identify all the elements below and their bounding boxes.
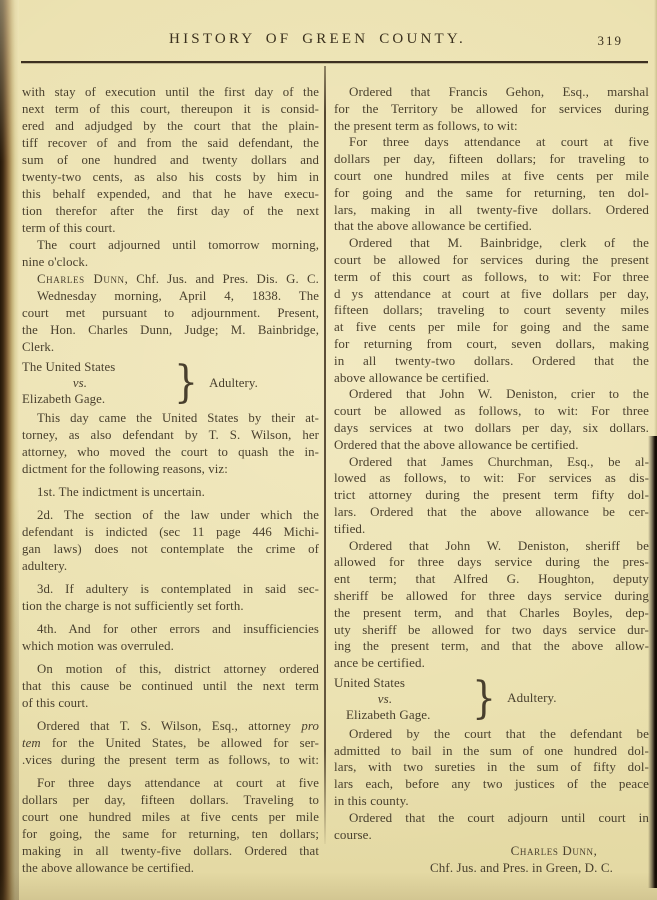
text-line: lowed as follows, to wit: For services a… — [334, 470, 649, 487]
case-caption: The United Statesvs.Elizabeth Gage.}Adul… — [22, 359, 319, 407]
text-line: the Hon. Charles Dunn, Judge; M. Bainbri… — [22, 322, 319, 339]
text-line: sum of one hundred and twenty dollars an… — [22, 152, 319, 169]
text-line: for going and the same for returning, te… — [334, 185, 649, 202]
text-line: making in all twenty-five dollars. Order… — [22, 843, 319, 860]
paragraph: This day came the United States by their… — [22, 410, 319, 478]
text-line: uty sheriff be allowed for two days serv… — [334, 622, 649, 639]
text-line: trict attorney during the present term f… — [334, 487, 649, 504]
paragraph: Charles Dunn, Chf. Jus. and Pres. Dis. G… — [22, 271, 319, 288]
text-line: days services at two dollars per day, si… — [334, 420, 649, 437]
text-line: Ordered that Francis Gehon, Esq., marsha… — [334, 84, 649, 101]
paragraph: Ordered that John W. Deniston, sheriff b… — [334, 538, 649, 672]
text-line: On motion of this, district attorney ord… — [22, 661, 319, 678]
text-line: above allowance be certified. — [334, 370, 649, 387]
text-line: lars each, before any two justices of th… — [334, 776, 649, 793]
text-line: allowed for three days service during th… — [334, 554, 649, 571]
text-line: the present term as follows, to wit: — [334, 118, 649, 135]
text-line: attorney, who moved the court to quash t… — [22, 444, 319, 461]
text-line: with stay of execution until the first d… — [22, 84, 319, 101]
caption-brace-icon: } — [472, 675, 496, 723]
text-line: sheriff be allowed for three days servic… — [334, 588, 649, 605]
text-line: ing the present term, and that the above… — [334, 638, 649, 655]
text-line: d ys attendance at court at five dollars… — [334, 286, 649, 303]
paragraph: 3d. If adultery is contemplated in said … — [22, 581, 319, 615]
text-line: dictment for the following reasons, viz: — [22, 461, 319, 478]
paragraph: Ordered that John W. Deniston, crier to … — [334, 386, 649, 453]
paragraph: Ordered that Francis Gehon, Esq., marsha… — [334, 84, 649, 134]
header-rule — [21, 61, 648, 63]
text-line: Wednesday morning, April 4, 1838. The — [22, 288, 319, 305]
caption-vs: vs. — [334, 691, 470, 707]
text-line: the present term, and that Charles Boyle… — [334, 605, 649, 622]
text-line: tem for the United States, be allowed fo… — [22, 735, 319, 752]
paragraph: Wednesday morning, April 4, 1838. Thecou… — [22, 288, 319, 356]
text-line: ered and adjudged by the court that the … — [22, 118, 319, 135]
book-page: HISTORY OF GREEN COUNTY. 319 with stay o… — [0, 0, 657, 900]
text-line: Ordered that the court adjourn until cou… — [334, 810, 649, 827]
page-title: HISTORY OF GREEN COUNTY. — [6, 31, 629, 48]
text-line: dollars per day, fifteen dollars. Travel… — [22, 792, 319, 809]
text-line: that the above allowance be certified. — [334, 218, 649, 235]
signature-line: Charles Dunn, — [334, 843, 649, 860]
text-line: adultery. — [22, 558, 319, 575]
text-line: course. — [334, 827, 649, 844]
paragraph: Ordered that the court adjourn until cou… — [334, 810, 649, 844]
caption-parties: United Statesvs.Elizabeth Gage. — [334, 675, 470, 723]
caption-parties: The United Statesvs.Elizabeth Gage. — [22, 359, 172, 407]
text-line: court one hundred miles at five cents pe… — [22, 809, 319, 826]
text-line: dollars per day, fifteen dollars; for tr… — [334, 151, 649, 168]
text-line: defendant is indicted (sec 11 page 446 M… — [22, 524, 319, 541]
paragraph: On motion of this, district attorney ord… — [22, 661, 319, 712]
text-line: fifteen dollars; traveling to court seve… — [334, 302, 649, 319]
text-line: of this court. — [22, 695, 319, 712]
text-line: Ordered that John W. Deniston, sheriff b… — [334, 538, 649, 555]
text-line: that this cause be continued until the n… — [22, 678, 319, 695]
text-line: at five cents per mile for going and the… — [334, 319, 649, 336]
text-line: this behalf expended, and that he have e… — [22, 186, 319, 203]
paragraph: 1st. The indictment is uncertain. — [22, 484, 319, 501]
text-line: For three days attendance at court at fi… — [334, 134, 649, 151]
text-line: term of this court. — [22, 220, 319, 237]
text-line: for going, the same for returning, ten d… — [22, 826, 319, 843]
text-line: which motion was overruled. — [22, 638, 319, 655]
text-line: lars, with two sureties in the sum of fi… — [334, 759, 649, 776]
text-line: admitted to bail in the sum of one hundr… — [334, 743, 649, 760]
text-line: Ordered that M. Bainbridge, clerk of the — [334, 235, 649, 252]
text-line: torney, as also defendant by T. S. Wilso… — [22, 427, 319, 444]
text-line: gan laws) does not contemplate the crime… — [22, 541, 319, 558]
paragraph: 4th. And for other errors and insufficie… — [22, 621, 319, 655]
text-line: term of this court as follows, to wit: F… — [334, 269, 649, 286]
caption-vs: vs. — [22, 375, 172, 391]
caption-party: United States — [334, 675, 470, 691]
case-caption: United Statesvs.Elizabeth Gage.}Adultery… — [334, 675, 649, 723]
page-number: 319 — [598, 33, 624, 49]
text-line: ance be certified. — [334, 655, 649, 672]
text-line: 1st. The indictment is uncertain. — [22, 484, 319, 501]
text-line: court one hundred miles at five cents pe… — [334, 168, 649, 185]
text-line: next term of this court, thereupon it is… — [22, 101, 319, 118]
text-line: Ordered that James Churchman, Esq., be a… — [334, 454, 649, 471]
text-line: for returning from court, seven dollars,… — [334, 336, 649, 353]
paragraph: Ordered that T. S. Wilson, Esq., attorne… — [22, 718, 319, 769]
caption-charge: Adultery. — [200, 375, 258, 392]
paragraph: Ordered that James Churchman, Esq., be a… — [334, 454, 649, 538]
column-divider — [324, 66, 326, 844]
text-line: Ordered that John W. Deniston, crier to … — [334, 386, 649, 403]
caption-party: The United States — [22, 359, 172, 375]
text-line: Ordered by the court that the defendant … — [334, 726, 649, 743]
text-line: Ordered that the above allowance be cert… — [334, 437, 649, 454]
text-line: The court adjourned until tomorrow morni… — [22, 237, 319, 254]
text-line: court be allowed as follows, to wit: For… — [334, 403, 649, 420]
text-line: lars. Ordered that the above allowance b… — [334, 504, 649, 521]
text-line: Clerk. — [22, 339, 319, 356]
text-line: for the Territory be allowed for service… — [334, 101, 649, 118]
text-line: tiff recover of and from the said defend… — [22, 135, 319, 152]
text-line: court met pursuant to adjournment. Prese… — [22, 305, 319, 322]
text-line: This day came the United States by their… — [22, 410, 319, 427]
caption-party: Elizabeth Gage. — [334, 707, 470, 723]
text-line: tion therefor after the first day of the… — [22, 203, 319, 220]
text-line: .vices during the present term as follow… — [22, 752, 319, 769]
text-line: tion the charge is not sufficiently set … — [22, 598, 319, 615]
text-line: nine o'clock. — [22, 254, 319, 271]
caption-charge: Adultery. — [498, 690, 557, 707]
bottom-shadow — [0, 872, 657, 900]
paragraph: For three days attendance at court at fi… — [334, 134, 649, 235]
caption-party: Elizabeth Gage. — [22, 391, 172, 407]
paragraph: Ordered by the court that the defendant … — [334, 726, 649, 810]
text-line: Charles Dunn, Chf. Jus. and Pres. Dis. G… — [22, 271, 319, 288]
text-line: twenty-two cents, as also his costs by h… — [22, 169, 319, 186]
paragraph: with stay of execution until the first d… — [22, 84, 319, 237]
text-line: 4th. And for other errors and insufficie… — [22, 621, 319, 638]
page-edge-shadow — [648, 436, 657, 888]
text-line: Ordered that T. S. Wilson, Esq., attorne… — [22, 718, 319, 735]
running-header: HISTORY OF GREEN COUNTY. 319 — [22, 31, 645, 55]
paragraph: The court adjourned until tomorrow morni… — [22, 237, 319, 271]
text-line: tified. — [334, 521, 649, 538]
caption-brace-icon: } — [174, 359, 198, 407]
text-line: ent term; that Alfred G. Houghton, deput… — [334, 571, 649, 588]
text-line: For three days attendance at court at fi… — [22, 775, 319, 792]
text-line: 2d. The section of the law under which t… — [22, 507, 319, 524]
right-column: Ordered that Francis Gehon, Esq., marsha… — [334, 84, 649, 877]
text-line: in this county. — [334, 793, 649, 810]
paragraph: 2d. The section of the law under which t… — [22, 507, 319, 575]
text-line: court be allowed for services during the… — [334, 252, 649, 269]
text-line: in all twenty-two dollars. Ordered that … — [334, 353, 649, 370]
paragraph: For three days attendance at court at fi… — [22, 775, 319, 877]
text-line: lars, making in all twenty-five dollars.… — [334, 202, 649, 219]
paragraph: Ordered that M. Bainbridge, clerk of the… — [334, 235, 649, 386]
left-column: with stay of execution until the first d… — [22, 84, 319, 877]
text-line: 3d. If adultery is contemplated in said … — [22, 581, 319, 598]
binding-edge — [0, 0, 19, 900]
